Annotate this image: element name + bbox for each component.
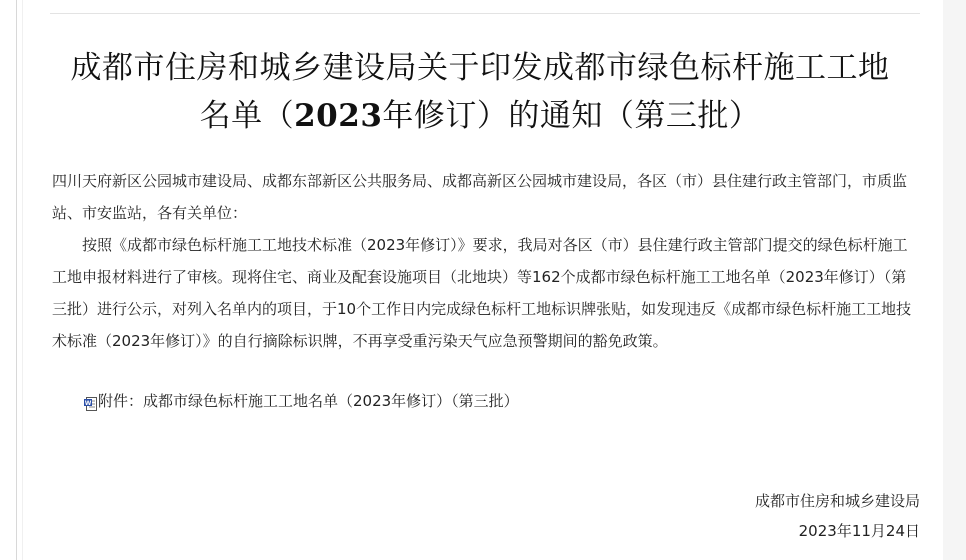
- svg-text:W: W: [85, 400, 92, 407]
- notice-title: 成都市住房和城乡建设局关于印发成都市绿色标杆施工工地 名单（2023年修订）的通…: [40, 44, 920, 140]
- title-line-2-suffix: 年修订）的通知（第三批）: [382, 98, 760, 134]
- recipients: 四川天府新区公园城市建设局、成都东部新区公共服务局、成都高新区公园城市建设局，各…: [52, 165, 920, 229]
- page-left-border-inner: [22, 0, 23, 560]
- title-line-1: 成都市住房和城乡建设局关于印发成都市绿色标杆施工工地: [71, 50, 890, 86]
- attachment-label[interactable]: 附件：成都市绿色标杆施工工地名单（2023年修订）（第三批）: [98, 389, 519, 413]
- issue-date: 2023年11月24日: [755, 516, 920, 546]
- body-paragraph: 按照《成都市绿色标杆施工工地技术标准（2023年修订）》要求，我局对各区（市）县…: [52, 229, 920, 357]
- signature-block: 成都市住房和城乡建设局 2023年11月24日: [755, 486, 920, 546]
- notice-body: 四川天府新区公园城市建设局、成都东部新区公共服务局、成都高新区公园城市建设局，各…: [52, 165, 920, 357]
- issuer: 成都市住房和城乡建设局: [755, 486, 920, 516]
- title-line-2-prefix: 名单（: [200, 98, 295, 134]
- top-divider: [50, 13, 920, 14]
- page-left-border: [16, 0, 17, 560]
- title-line-2-year: 2023: [294, 98, 382, 134]
- right-gutter: [943, 0, 966, 560]
- attachment-link[interactable]: W 附件：成都市绿色标杆施工工地名单（2023年修订）（第三批）: [84, 389, 519, 413]
- word-doc-icon: W: [84, 394, 97, 408]
